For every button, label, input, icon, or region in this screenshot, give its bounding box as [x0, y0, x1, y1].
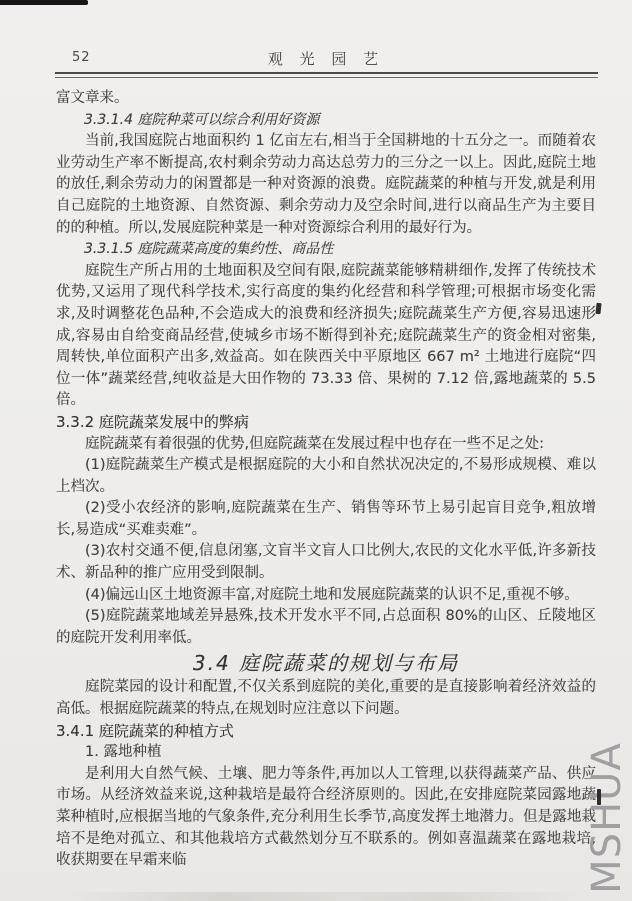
page-body: 富文章来。 3.3.1.4 庭院种菜可以综合利用好资源 当前,我国庭院占地面积约…: [56, 88, 596, 872]
paragraph: 庭院菜园的设计和配置,不仅关系到庭院的美化,重要的是直接影响着经济效益的高低。根…: [56, 677, 596, 720]
scanned-book-page: { "page": { "number": "52", "running_tit…: [0, 0, 632, 901]
scan-artifact-top-left: [0, 0, 88, 5]
section-heading-3-4: 3.4 庭院蔬菜的规划与布局: [56, 649, 596, 677]
sub-heading-open-field: 1. 露地种植: [56, 742, 596, 764]
paragraph: 庭院蔬菜有着很强的优势,但庭院蔬菜在发展过程中也存在一些不足之处:: [56, 434, 596, 456]
page-header: 52 观 光 园 艺: [56, 48, 596, 66]
heading-3-3-1-5: 3.3.1.5 庭院蔬菜高度的集约性、商品性: [56, 239, 596, 261]
page-scan: 52 观 光 园 艺 富文章来。 3.3.1.4 庭院种菜可以综合利用好资源 当…: [0, 0, 632, 901]
paragraph-continuation: 富文章来。: [56, 88, 596, 110]
list-item-2: (2)受小农经济的影响,庭院蔬菜在生产、销售等环节上易引起盲目竞争,粗放增长,易…: [56, 498, 596, 541]
page-number: 52: [72, 50, 91, 65]
scan-artifact-bottom-edge: [0, 892, 632, 901]
running-title: 观 光 园 艺: [56, 48, 596, 69]
scan-artifact-right-edge-2: [597, 789, 601, 805]
heading-3-3-2: 3.3.2 庭院蔬菜发展中的弊病: [56, 412, 596, 434]
heading-3-3-1-4: 3.3.1.4 庭院种菜可以综合利用好资源: [56, 110, 596, 132]
list-item-3: (3)农村交通不便,信息闭塞,文盲半文盲人口比例大,农民的文化水平低,许多新技术…: [56, 541, 596, 584]
header-rule: [55, 72, 598, 78]
paragraph: 是利用大自然气候、土壤、肥力等条件,再加以人工管理,以获得蔬菜产品、供应市场。从…: [56, 764, 596, 872]
heading-3-4-1: 3.4.1 庭院蔬菜的种植方式: [56, 721, 596, 743]
list-item-5: (5)庭院蔬菜地域差异悬殊,技术开发水平不同,占总面积 80%的山区、丘陵地区的…: [56, 606, 596, 649]
paragraph: 当前,我国庭院占地面积约 1 亿亩左右,相当于全国耕地的十五分之一。而随着农业劳…: [56, 131, 596, 239]
list-item-1: (1)庭院蔬菜生产模式是根据庭院的大小和自然状况决定的,不易形成规模、难以上档次…: [56, 455, 596, 498]
list-item-4: (4)偏远山区土地资源丰富,对庭院土地和发展庭院蔬菜的认识不足,重视不够。: [56, 585, 596, 607]
scan-artifact-right-edge-1: [595, 303, 601, 314]
paragraph: 庭院生产所占用的土地面积及空间有限,庭院蔬菜能够精耕细作,发挥了传统技术优势,又…: [56, 261, 596, 412]
